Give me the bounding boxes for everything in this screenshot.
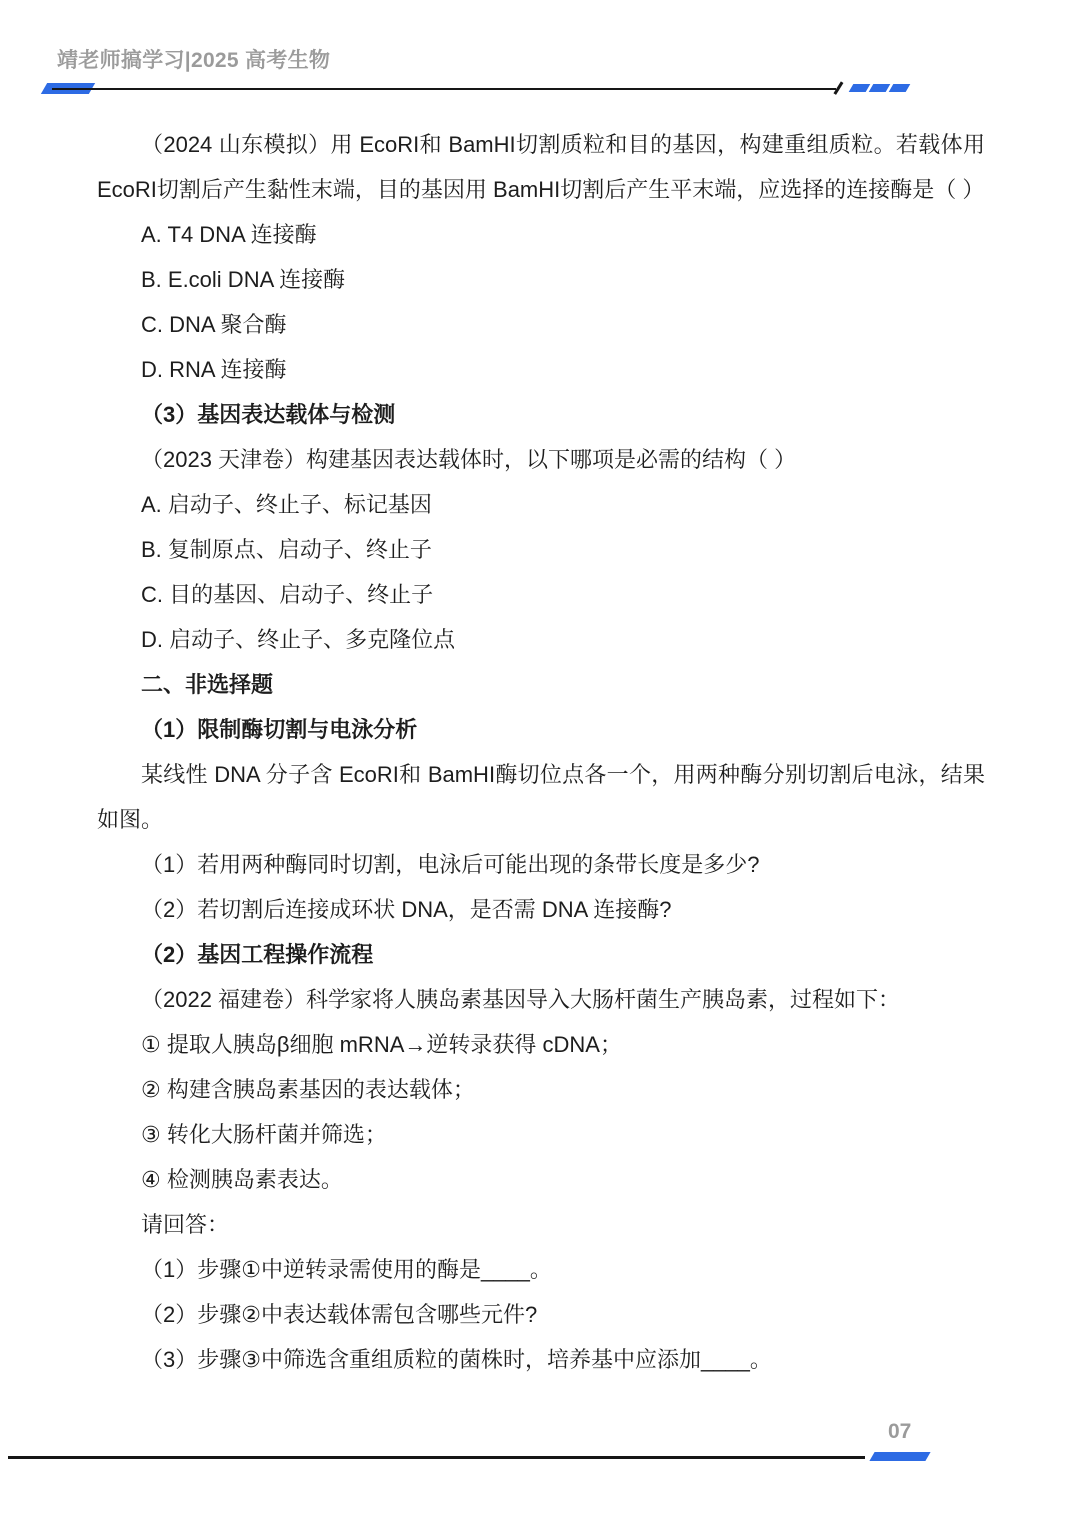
q2-stem: （2023 天津卷）构建基因表达载体时，以下哪项是必需的结构（ ） <box>97 437 985 482</box>
part2-heading: 二、非选择题 <box>97 662 985 707</box>
sub2-heading: （2）基因工程操作流程 <box>97 932 985 977</box>
sub2-question-2: （2）步骤②中表达载体需包含哪些元件? <box>97 1292 985 1337</box>
header-accent-dash-1 <box>849 84 871 92</box>
sub1-question-1: （1）若用两种酶同时切割，电泳后可能出现的条带长度是多少? <box>97 842 985 887</box>
sub1-heading: （1）限制酶切割与电泳分析 <box>97 707 985 752</box>
header-accent-dash-2 <box>869 84 891 92</box>
q1-option-a: A. T4 DNA 连接酶 <box>97 212 985 257</box>
section3-heading: （3）基因表达载体与检测 <box>97 392 985 437</box>
q2-option-c: C. 目的基因、启动子、终止子 <box>97 572 985 617</box>
header-accent-dash-3 <box>889 84 911 92</box>
q2-option-d: D. 启动子、终止子、多克隆位点 <box>97 617 985 662</box>
sub2-step-3: ③ 转化大肠杆菌并筛选； <box>97 1112 985 1157</box>
sub1-question-2: （2）若切割后连接成环状 DNA，是否需 DNA 连接酶? <box>97 887 985 932</box>
footer-divider-line <box>8 1456 865 1459</box>
sub2-step-4: ④ 检测胰岛素表达。 <box>97 1157 985 1202</box>
q2-option-b: B. 复制原点、启动子、终止子 <box>97 527 985 572</box>
sub2-question-1: （1）步骤①中逆转录需使用的酶是____。 <box>97 1247 985 1292</box>
q1-stem: （2024 山东模拟）用 EcoRI和 BamHI切割质粒和目的基因，构建重组质… <box>97 122 985 212</box>
sub2-intro: （2022 福建卷）科学家将人胰岛素基因导入大肠杆菌生产胰岛素，过程如下： <box>97 977 985 1022</box>
document-page: { "header": { "brand": "靖老师搞学习|2025 高考生物… <box>0 0 1080 1527</box>
sub2-question-3: （3）步骤③中筛选含重组质粒的菌株时，培养基中应添加____。 <box>97 1337 985 1382</box>
header-divider-line <box>52 88 836 91</box>
document-content: （2024 山东模拟）用 EcoRI和 BamHI切割质粒和目的基因，构建重组质… <box>97 122 985 1382</box>
q1-option-d: D. RNA 连接酶 <box>97 347 985 392</box>
header-rule <box>0 80 1080 98</box>
page-number: 07 <box>888 1420 911 1444</box>
sub2-answer-prompt: 请回答： <box>97 1202 985 1247</box>
sub1-intro: 某线性 DNA 分子含 EcoRI和 BamHI酶切位点各一个，用两种酶分别切割… <box>97 752 985 842</box>
header-brand: 靖老师搞学习|2025 高考生物 <box>57 44 330 74</box>
q1-option-c: C. DNA 聚合酶 <box>97 302 985 347</box>
sub2-step-1: ① 提取人胰岛β细胞 mRNA→逆转录获得 cDNA； <box>97 1022 985 1067</box>
sub2-step-2: ② 构建含胰岛素基因的表达载体； <box>97 1067 985 1112</box>
q1-option-b: B. E.coli DNA 连接酶 <box>97 257 985 302</box>
footer-accent-parallelogram <box>869 1452 930 1461</box>
q2-option-a: A. 启动子、终止子、标记基因 <box>97 482 985 527</box>
